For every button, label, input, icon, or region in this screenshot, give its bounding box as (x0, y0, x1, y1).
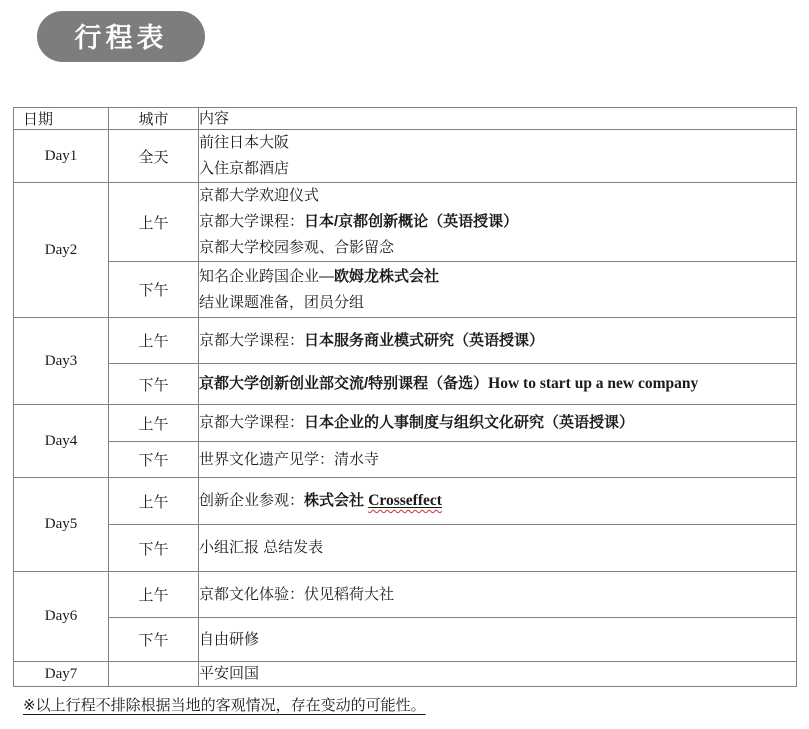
content-line: 前往日本大阪 (199, 130, 796, 156)
content-text-english: How to start up a new company (488, 375, 698, 392)
time-cell: 全天 (109, 130, 199, 183)
header-content: 内容 (199, 108, 797, 130)
table-row: Day5 上午 创新企业参观：株式会社 Crosseffect (14, 478, 797, 525)
content-text-bold: 京都大学创新创业部交流/特别课程（备选） (199, 375, 488, 392)
table-row: 下午 世界文化遗产见学：清水寺 (14, 442, 797, 478)
time-cell: 下午 (109, 262, 199, 318)
content-line: 京都大学校园参观、合影留念 (199, 235, 796, 261)
content-text-bold: 日本/京都创新概论（英语授课） (304, 213, 518, 230)
content-cell: 京都大学创新创业部交流/特别课程（备选）How to start up a ne… (199, 364, 797, 405)
content-line: 知名企业跨国企业—欧姆龙株式会社 (199, 264, 796, 290)
content-line: 结业课题准备，团员分组 (199, 290, 796, 316)
content-line: 京都大学欢迎仪式 (199, 183, 796, 209)
content-cell: 京都文化体验：伏见稻荷大社 (199, 572, 797, 618)
content-cell: 自由研修 (199, 618, 797, 662)
content-cell: 创新企业参观：株式会社 Crosseffect (199, 478, 797, 525)
content-cell: 京都大学欢迎仪式 京都大学课程：日本/京都创新概论（英语授课） 京都大学校园参观… (199, 183, 797, 262)
content-text: 京都大学课程： (199, 414, 304, 431)
content-text: 创新企业参观： (199, 492, 304, 509)
day-label: Day4 (14, 405, 109, 478)
day-label: Day3 (14, 318, 109, 405)
table-row: 下午 知名企业跨国企业—欧姆龙株式会社 结业课题准备，团员分组 (14, 262, 797, 318)
content-line: 入住京都酒店 (199, 156, 796, 182)
content-line: 京都大学课程：日本企业的人事制度与组织文化研究（英语授课） (199, 410, 796, 436)
itinerary-title: 行程表 (75, 16, 168, 55)
content-cell: 世界文化遗产见学：清水寺 (199, 442, 797, 478)
day-label: Day7 (14, 662, 109, 687)
header-date: 日期 (14, 108, 109, 130)
table-row: Day4 上午 京都大学课程：日本企业的人事制度与组织文化研究（英语授课） (14, 405, 797, 442)
table-row: Day1 全天 前往日本大阪 入住京都酒店 (14, 130, 797, 183)
company-name-underlined: Crosseffect (368, 492, 442, 509)
content-text-bold: 欧姆龙株式会社 (334, 268, 439, 285)
spellcheck-underline-text: Crosseffect (368, 492, 442, 509)
table-row: 下午 京都大学创新创业部交流/特别课程（备选）How to start up a… (14, 364, 797, 405)
content-line: 京都文化体验：伏见稻荷大社 (199, 582, 796, 608)
time-cell: 下午 (109, 525, 199, 572)
content-line: 小组汇报 总结发表 (199, 535, 796, 561)
day-label: Day6 (14, 572, 109, 662)
content-line: 创新企业参观：株式会社 Crosseffect (199, 488, 796, 514)
content-line: 自由研修 (199, 627, 796, 653)
itinerary-title-badge: 行程表 (37, 11, 205, 62)
content-cell: 京都大学课程：日本企业的人事制度与组织文化研究（英语授课） (199, 405, 797, 442)
time-cell: 上午 (109, 478, 199, 525)
table-row: Day6 上午 京都文化体验：伏见稻荷大社 (14, 572, 797, 618)
header-city: 城市 (109, 108, 199, 130)
content-cell: 前往日本大阪 入住京都酒店 (199, 130, 797, 183)
content-line: 世界文化遗产见学：清水寺 (199, 447, 796, 473)
content-line: 京都大学课程：日本服务商业模式研究（英语授课） (199, 328, 796, 354)
content-text: 京都大学课程： (199, 213, 304, 230)
table-row: Day2 上午 京都大学欢迎仪式 京都大学课程：日本/京都创新概论（英语授课） … (14, 183, 797, 262)
time-cell: 上午 (109, 183, 199, 262)
content-text-bold: 日本服务商业模式研究（英语授课） (304, 332, 544, 349)
table-row: 下午 自由研修 (14, 618, 797, 662)
table-row: 下午 小组汇报 总结发表 (14, 525, 797, 572)
content-text-bold: 日本企业的人事制度与组织文化研究（英语授课） (304, 414, 634, 431)
table-row: Day3 上午 京都大学课程：日本服务商业模式研究（英语授课） (14, 318, 797, 364)
content-line: 平安回国 (199, 664, 796, 684)
itinerary-table: 日期 城市 内容 Day1 全天 前往日本大阪 入住京都酒店 Day2 上午 京… (13, 107, 797, 687)
time-cell (109, 662, 199, 687)
time-cell: 下午 (109, 618, 199, 662)
content-text: 知名企业跨国企业— (199, 268, 334, 285)
day-label: Day1 (14, 130, 109, 183)
day-label: Day5 (14, 478, 109, 572)
table-row: Day7 平安回国 (14, 662, 797, 687)
content-line: 京都大学创新创业部交流/特别课程（备选）How to start up a ne… (199, 371, 796, 397)
time-cell: 上午 (109, 318, 199, 364)
time-cell: 下午 (109, 364, 199, 405)
time-cell: 上午 (109, 405, 199, 442)
day-label: Day2 (14, 183, 109, 318)
content-cell: 平安回国 (199, 662, 797, 687)
content-line: 京都大学课程：日本/京都创新概论（英语授课） (199, 209, 796, 235)
content-cell: 知名企业跨国企业—欧姆龙株式会社 结业课题准备，团员分组 (199, 262, 797, 318)
time-cell: 下午 (109, 442, 199, 478)
content-cell: 小组汇报 总结发表 (199, 525, 797, 572)
footnote: ※以上行程不排除根据当地的客观情况，存在变动的可能性。 (23, 694, 426, 715)
table-header-row: 日期 城市 内容 (14, 108, 797, 130)
content-cell: 京都大学课程：日本服务商业模式研究（英语授课） (199, 318, 797, 364)
time-cell: 上午 (109, 572, 199, 618)
content-text: 京都大学课程： (199, 332, 304, 349)
content-text-bold: 株式会社 (304, 492, 368, 509)
